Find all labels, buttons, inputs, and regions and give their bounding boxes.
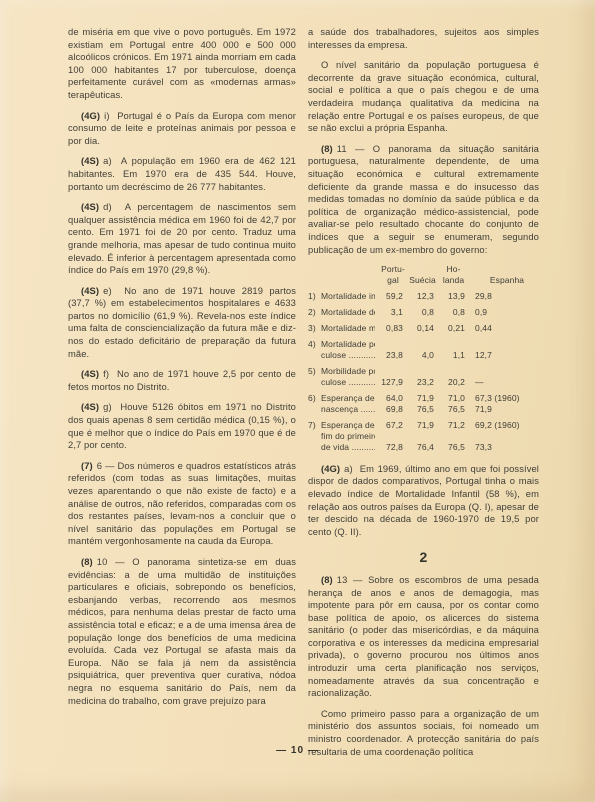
scanned-document-page: de miséria em que vive o povo português.… [0,0,595,802]
table-row-label: Mortalidade materna ... [321,323,375,334]
table-row-label: Mortalidade infantil ...... [321,291,375,302]
paragraph: (8)13 — Sobre os escombros de uma pesada… [308,574,539,700]
table-header-holanda: landa [438,275,469,286]
table-row-label: culose ......................... [321,377,375,388]
table-value: 1,1 [434,350,465,361]
paragraph-lead: (4S) [81,285,103,296]
table-line: culose ......................... 23,8 4,… [308,350,539,361]
paragraph-lead: (8) [321,143,337,154]
paragraph: (4G)i) Portugal é o País da Europa com m… [68,110,296,148]
right-column: a saúde dos trabalhadores, sujeitos aos … [308,26,539,766]
paragraph-lead: (4G) [321,463,344,474]
table-line: 1) Mortalidade infantil ...... 59,2 12,3… [308,291,539,302]
table-line: 5) Morbilidade por tuber- [308,366,539,377]
table-value: 0,8 [403,307,434,318]
paragraph-text: de miséria em que vive o povo português.… [68,26,296,100]
table-value: 12,3 [403,291,434,302]
table-value: 76,4 [403,442,434,453]
table-value: 29,8 [465,291,539,302]
table-row-number: 5) [308,366,321,377]
table-value: 0,8 [434,307,465,318]
table-value: 73,3 [465,442,539,453]
table-row-label: fim do primeiro ano | [321,431,375,442]
table-line: de vida ...................... 72,8 76,4… [308,442,539,453]
paragraph-lead: (4S) [81,155,103,166]
table-value: 67,2 [375,420,403,431]
paragraph-lead: (7) [81,460,97,471]
paragraph-text: a saúde dos trabalhadores, sujeitos aos … [308,26,539,50]
paragraph-text: e) No ano de 1971 houve 2819 partos (37,… [68,285,296,359]
table-value: 20,2 [434,377,465,388]
table-value: 71,9 [465,404,539,415]
paragraph: (8)10 — O panorama sintetiza-se em duas … [68,556,296,707]
table-line: nascença .................... 69,8 76,5 … [308,404,539,415]
table-value: 59,2 [375,291,403,302]
table-value: 69,2 (1960) [465,420,539,431]
table-row-label: Mortalidade por tuber- [321,339,375,350]
table-value: 71,0 [434,393,465,404]
table-line: 3) Mortalidade materna ... 0,83 0,14 0,2… [308,323,539,334]
table-value: 69,8 [375,404,403,415]
table-value: 127,9 [375,377,403,388]
table-row-number: 2) [308,307,321,318]
table-row-label: de vida ...................... [321,442,375,453]
table-value: 76,5 [434,442,465,453]
table-value: 0,44 [465,323,539,334]
table-line: culose ......................... 127,9 2… [308,377,539,388]
table-line: 4) Mortalidade por tuber- [308,339,539,350]
table-row-label: Mortalidade de 1-4 anos [321,307,375,318]
table-value: 3,1 [375,307,403,318]
paragraph-lead: (4S) [81,201,103,212]
table-line: fim do primeiro ano | [308,431,539,442]
table-line: 6) Esperança de vida à | 64,0 71,9 71,0 … [308,393,539,404]
table-value: 23,8 [375,350,403,361]
table-value: 71,9 [403,420,434,431]
table-row-label: Morbilidade por tuber- [321,366,375,377]
paragraph-lead: (4S) [81,368,103,379]
table-header-portugal-top: Portu- [379,264,407,275]
table-row-number: 4) [308,339,321,350]
paragraph: (4S)f) No ano de 1971 houve 2,5 por cent… [68,368,296,393]
paragraph-text: d) A percentagem de nascimentos sem qual… [68,201,296,275]
paragraph-text: f) No ano de 1971 houve 2,5 por cento de… [68,368,296,392]
paragraph: (4S)a) A população em 1960 era de 462 12… [68,155,296,193]
table-row-number: 6) [308,393,321,404]
stats-table: Portu- Ho- gal Suécia landa Espanha 1) M… [308,264,539,454]
table-row-label: Esperança de vida ao | [321,420,375,431]
paragraph-text: 11 — O panorama da situação sanitária po… [308,143,539,255]
paragraph: de miséria em que vive o povo português.… [68,26,296,102]
table-value: 0,21 [434,323,465,334]
paragraph: (4G)a) Em 1969, último ano em que foi po… [308,463,539,539]
table-header-suecia: Suécia [407,275,438,286]
table-value: 0,14 [403,323,434,334]
table-row-label: nascença .................... [321,404,375,415]
table-value: 71,2 [434,420,465,431]
table-line: 7) Esperança de vida ao | 67,2 71,9 71,2… [308,420,539,431]
table-value: 72,8 [375,442,403,453]
paragraph: (8)11 — O panorama da situação sanitária… [308,143,539,256]
section-heading: 2 [308,551,539,564]
table-row-number: 1) [308,291,321,302]
left-column: de miséria em que vive o povo português.… [68,26,296,715]
table-header-row: gal Suécia landa Espanha [308,275,539,286]
table-header-holanda-top: Ho- [438,264,469,275]
table-row-number: 3) [308,323,321,334]
table-value: 0,83 [375,323,403,334]
table-value: — [465,377,539,388]
table-row-label: culose ......................... [321,350,375,361]
table-row-number: 7) [308,420,321,431]
table-header-espanha: Espanha [469,275,539,286]
paragraph: (4S)g) Houve 5126 óbitos em 1971 no Dist… [68,401,296,451]
table-value: 64,0 [375,393,403,404]
table-value: 13,9 [434,291,465,302]
table-value: 76,5 [434,404,465,415]
paragraph: (4S)d) A percentagem de nascimentos sem … [68,201,296,277]
paragraph: O nível sanitário da população portugues… [308,59,539,135]
table-line: 2) Mortalidade de 1-4 anos 3,1 0,8 0,8 0… [308,307,539,318]
paragraph: a saúde dos trabalhadores, sujeitos aos … [308,26,539,51]
page-number: — 10 — [0,745,595,756]
table-value: 12,7 [465,350,539,361]
table-value: 67,3 (1960) [465,393,539,404]
table-header-row: Portu- Ho- [308,264,539,275]
table-header-portugal: gal [379,275,407,286]
paragraph-text: a) A população em 1960 era de 462 121 ha… [68,155,296,191]
paragraph: (4S)e) No ano de 1971 houve 2819 partos … [68,285,296,361]
paragraph: (7)6 — Dos números e quadros estatístico… [68,460,296,548]
table-row-label: Esperança de vida à | [321,393,375,404]
paragraph-lead: (4S) [81,401,103,412]
table-value: 76,5 [403,404,434,415]
paragraph-text: 13 — Sobre os escombros de uma pesada he… [308,574,539,698]
table-value: 4,0 [403,350,434,361]
paragraph-text: g) Houve 5126 óbitos em 1971 no Distrito… [68,401,296,450]
paragraph-text: O nível sanitário da população portugues… [308,59,539,133]
table-value: 23,2 [403,377,434,388]
table-value: 0,9 [465,307,539,318]
paragraph-text: 6 — Dos números e quadros estatísticos a… [68,460,296,547]
paragraph-lead: (8) [321,574,337,585]
paragraph-lead: (4G) [81,110,104,121]
table-value: 71,9 [403,393,434,404]
paragraph-text: 10 — O panorama sintetiza-se em duas evi… [68,556,296,706]
paragraph-lead: (8) [81,556,97,567]
